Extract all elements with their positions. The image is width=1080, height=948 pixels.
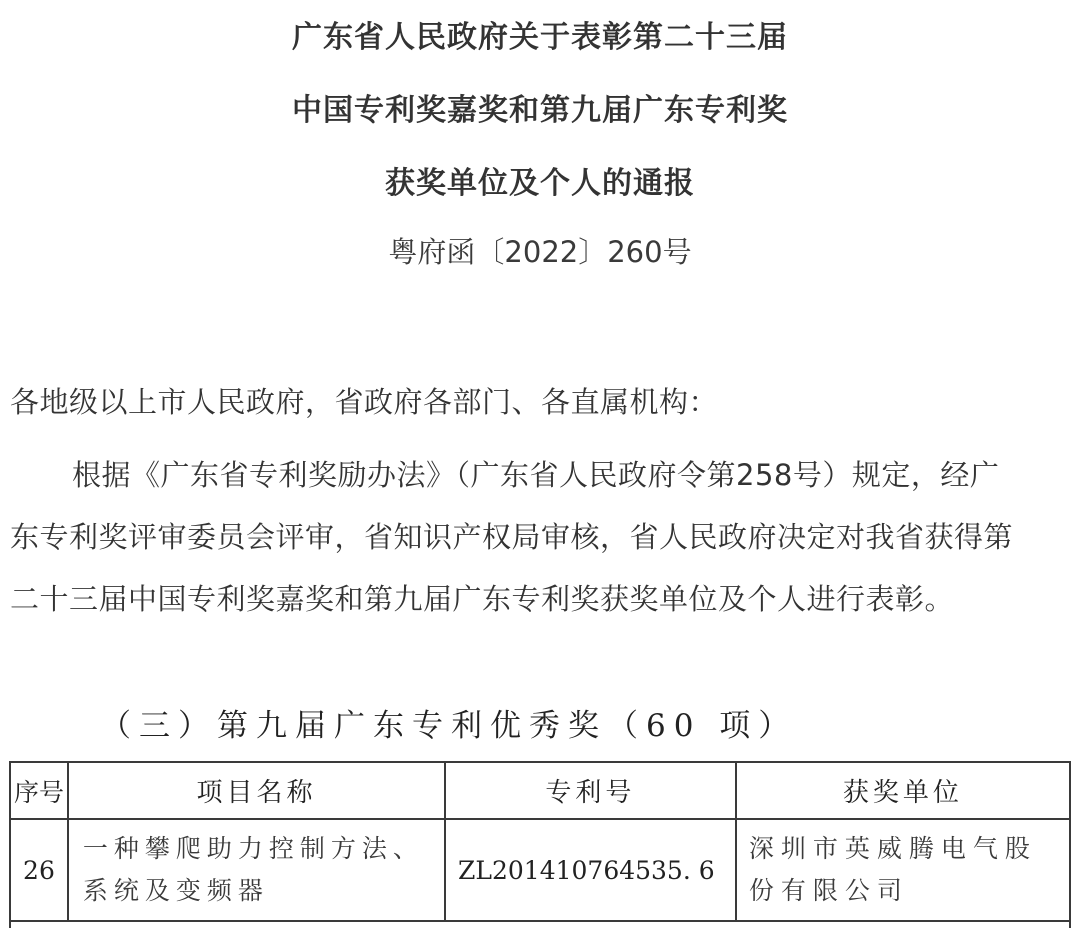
header-seq: 序号 <box>10 762 68 819</box>
section-heading: （三）第九届广东专利优秀奖（60 项） <box>100 700 797 745</box>
salutation: 各地级以上市人民政府，省政府各部门、各直属机构： <box>10 380 718 421</box>
table-border-stub-right <box>1069 920 1071 928</box>
cell-seq: 26 <box>10 819 68 921</box>
document-number: 粤府函〔2022〕260号 <box>0 230 1080 271</box>
award-table: 序号 项目名称 专利号 获奖单位 26 一种攀爬助力控制方法、系统及变频器 ZL… <box>9 761 1071 922</box>
body-line-2: 东专利奖评审委员会评审，省知识产权局审核，省人民政府决定对我省获得第 <box>10 515 1013 556</box>
body-line-1: 根据《广东省专利奖励办法》（广东省人民政府令第258号）规定，经广 <box>72 453 999 494</box>
table-header-row: 序号 项目名称 专利号 获奖单位 <box>10 762 1070 819</box>
header-award-unit: 获奖单位 <box>736 762 1070 819</box>
cell-project-name: 一种攀爬助力控制方法、系统及变频器 <box>68 819 445 921</box>
table-border-stub-left <box>9 920 11 928</box>
cell-patent-number: ZL201410764535. 6 <box>445 819 736 921</box>
title-line-3: 获奖单位及个人的通报 <box>0 158 1080 202</box>
header-project-name: 项目名称 <box>68 762 445 819</box>
title-line-1: 广东省人民政府关于表彰第二十三届 <box>0 12 1080 56</box>
table-row: 26 一种攀爬助力控制方法、系统及变频器 ZL201410764535. 6 深… <box>10 819 1070 921</box>
header-patent-number: 专利号 <box>445 762 736 819</box>
cell-award-unit: 深圳市英威腾电气股份有限公司 <box>736 819 1070 921</box>
body-line-3: 二十三届中国专利奖嘉奖和第九届广东专利奖获奖单位及个人进行表彰。 <box>10 577 954 618</box>
title-line-2: 中国专利奖嘉奖和第九届广东专利奖 <box>0 85 1080 129</box>
